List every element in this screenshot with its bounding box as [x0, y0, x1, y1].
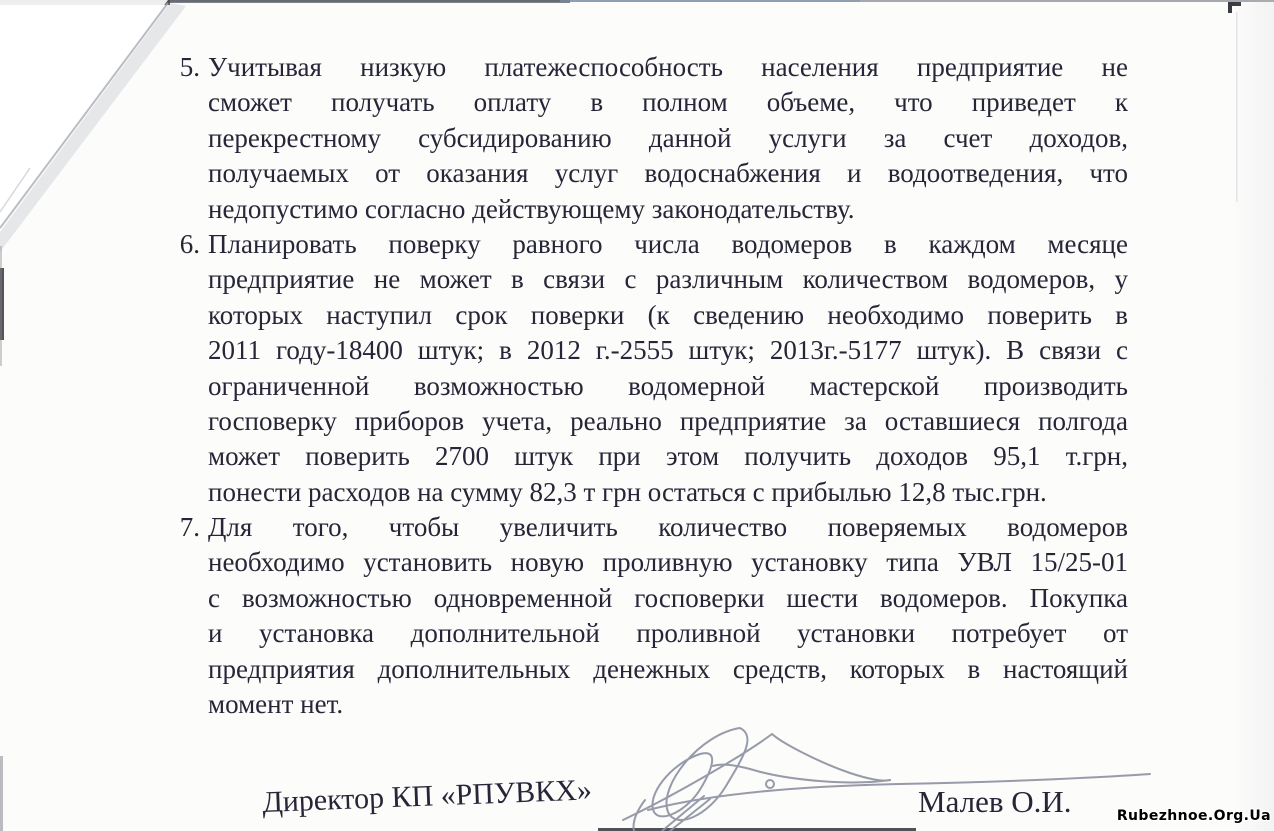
paragraph-number: 7.: [168, 510, 200, 545]
signature-block: Директор КП «РПУВКХ»: [0, 700, 1274, 831]
paragraph-number: 6.: [168, 227, 200, 262]
signatory-position-title: Директор КП «РПУВКХ»: [262, 773, 593, 820]
signature-stroke: [667, 728, 748, 820]
text-line: и установка дополнительной проливной уст…: [208, 616, 1128, 651]
text-line: госповерку приборов учета, реально предп…: [208, 404, 1128, 439]
paragraph-item-6: 6. Планировать поверку равного числа вод…: [208, 227, 1128, 510]
paragraph-lines: Для того, чтобы увеличить количество пов…: [208, 510, 1128, 722]
signature-stroke: [766, 780, 774, 788]
text-line: перекрестному субсидированию данной услу…: [208, 121, 1128, 156]
text-line: предприятие не может в связи с различным…: [208, 262, 1128, 297]
signature-stroke: [772, 734, 890, 781]
text-line: понести расходов на сумму 82,3 т грн ост…: [208, 475, 1128, 510]
text-line: получаемых от оказания услуг водоснабжен…: [208, 156, 1128, 191]
handwritten-signature: [600, 712, 1160, 831]
signature-stroke: [713, 765, 890, 783]
text-line: с возможностью одновременной госповерки …: [208, 581, 1128, 616]
text-line: предприятия дополнительных денежных сред…: [208, 652, 1128, 687]
text-line: может поверить 2700 штук при этом получи…: [208, 439, 1128, 474]
text-line: Учитывая низкую платежеспособность насел…: [208, 50, 1128, 85]
text-line: Для того, чтобы увеличить количество пов…: [208, 510, 1128, 545]
paragraph-item-7: 7. Для того, чтобы увеличить количество …: [208, 510, 1128, 722]
paragraph-lines: Планировать поверку равного числа водоме…: [208, 227, 1128, 510]
site-watermark: Rubezhnoe.Org.Ua: [1117, 808, 1271, 824]
paragraph-lines: Учитывая низкую платежеспособность насел…: [208, 50, 1128, 227]
text-line: 2011 году-18400 штук; в 2012 г.-2555 шту…: [208, 333, 1128, 368]
text-line: недопустимо согласно действующему законо…: [208, 192, 1128, 227]
paragraph-item-5: 5. Учитывая низкую платежеспособность на…: [208, 50, 1128, 227]
text-line: ограниченной возможностью водомерной мас…: [208, 369, 1128, 404]
text-line: необходимо установить новую проливную ус…: [208, 545, 1128, 580]
document-body: 5. Учитывая низкую платежеспособность на…: [0, 0, 1274, 831]
signatory-name: Малев О.И.: [918, 784, 1072, 820]
signature-stroke: [623, 734, 772, 820]
text-line: которых наступил срок поверки (к сведени…: [208, 298, 1128, 333]
text-line: сможет получать оплату в полном объеме, …: [208, 85, 1128, 120]
text-line: Планировать поверку равного числа водоме…: [208, 227, 1128, 262]
paragraph-number: 5.: [168, 50, 200, 85]
scanned-document-page: 5. Учитывая низкую платежеспособность на…: [0, 0, 1274, 831]
signature-stroke: [633, 800, 645, 831]
